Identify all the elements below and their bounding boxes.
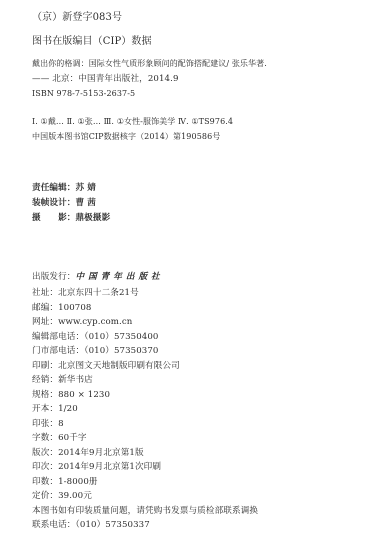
info-label: 开本： xyxy=(32,404,58,414)
info-sheets: 印张：8 xyxy=(32,418,64,430)
info-value: 2014年9月北京第1次印刷 xyxy=(58,462,161,472)
info-postcode: 邮编：100708 xyxy=(32,302,92,314)
info-value: 8 xyxy=(58,419,64,429)
quality-notice: 本图书如有印装质量问题，请凭购书发票与质检部联系调换 xyxy=(32,505,258,517)
info-value: 新华书店 xyxy=(58,375,93,385)
info-price: 定价：39.00元 xyxy=(32,490,92,502)
info-editorial-phone: 编辑部电话：（010）57350400 xyxy=(32,331,159,343)
info-value: www.cyp.com.cn xyxy=(58,317,132,327)
credit-label: 责任编辑： xyxy=(32,183,75,193)
info-store-phone: 门市部电话：（010）57350370 xyxy=(32,345,159,357)
info-publisher: 出版发行：中国青年出版社 xyxy=(32,271,164,283)
info-value: 北京图文天地制版印刷有限公司 xyxy=(58,361,180,371)
info-value: （010）57350370 xyxy=(84,346,158,356)
info-label: 印数： xyxy=(32,477,58,487)
isbn: ISBN 978-7-5153-2637-5 xyxy=(32,88,135,100)
info-value: 880 × 1230 xyxy=(58,390,110,400)
info-label: 定价： xyxy=(32,491,58,501)
info-label: 印刷： xyxy=(32,361,58,371)
info-label: 编辑部电话： xyxy=(32,332,84,342)
info-value: 北京东四十二条21号 xyxy=(58,288,139,298)
contact-label: 联系电话： xyxy=(32,520,75,530)
info-value: 60千字 xyxy=(58,433,87,443)
cip-publisher-line: —— 北京：中国青年出版社，2014.9 xyxy=(32,73,179,85)
info-label: 出版发行： xyxy=(32,272,75,282)
info-value: 1/20 xyxy=(58,404,78,414)
info-distributor: 经销：新华书店 xyxy=(32,374,93,386)
info-label: 门市部电话： xyxy=(32,346,84,356)
credit-value: 曹 茜 xyxy=(75,198,95,208)
cip-heading: 图书在版编目（CIP）数据 xyxy=(32,36,152,48)
credit-photography: 摄 影：鼎极摄影 xyxy=(32,212,110,224)
credit-label: 摄 影： xyxy=(32,213,75,223)
info-edition: 版次：2014年9月北京第1版 xyxy=(32,447,144,459)
cip-title-line: 戴出你的格调：国际女性气质形象顾问的配饰搭配建议/ 张乐华著. xyxy=(32,58,267,70)
info-word-count: 字数：60千字 xyxy=(32,432,87,444)
info-address: 社址：北京东四十二条21号 xyxy=(32,287,139,299)
registration-number: （京）新登字083号 xyxy=(32,12,122,24)
info-printer: 印刷：北京图文天地制版印刷有限公司 xyxy=(32,360,180,372)
info-value: 39.00元 xyxy=(58,491,92,501)
info-printing: 印次：2014年9月北京第1次印刷 xyxy=(32,461,161,473)
info-label: 邮编： xyxy=(32,303,58,313)
info-label: 版次： xyxy=(32,448,58,458)
info-label: 印次： xyxy=(32,462,58,472)
info-website: 网址：www.cyp.com.cn xyxy=(32,316,132,328)
credit-value: 鼎极摄影 xyxy=(75,213,110,223)
info-label: 经销： xyxy=(32,375,58,385)
credit-value: 苏 婧 xyxy=(75,183,95,193)
cip-library-record: 中国版本图书馆CIP数据核字（2014）第190586号 xyxy=(32,131,220,143)
credit-designer: 装帧设计：曹 茜 xyxy=(32,197,96,209)
cip-classification: Ⅰ. ①戴… Ⅱ. ①张… Ⅲ. ①女性-服饰美学 Ⅳ. ①TS976.4 xyxy=(32,116,233,128)
info-label: 字数： xyxy=(32,433,58,443)
info-value: 2014年9月北京第1版 xyxy=(58,448,144,458)
info-value: （010）57350400 xyxy=(84,332,158,342)
info-print-run: 印数：1-8000册 xyxy=(32,476,98,488)
credit-editor: 责任编辑：苏 婧 xyxy=(32,182,96,194)
contact-phone: 联系电话：（010）57350337 xyxy=(32,519,150,531)
info-value: 100708 xyxy=(58,303,91,313)
info-value: 1-8000册 xyxy=(58,477,98,487)
info-label: 印张： xyxy=(32,419,58,429)
info-label: 网址： xyxy=(32,317,58,327)
info-label: 社址： xyxy=(32,288,58,298)
publisher-calligraphy: 中国青年出版社 xyxy=(75,272,163,282)
info-format: 规格：880 × 1230 xyxy=(32,389,110,401)
credit-label: 装帧设计： xyxy=(32,198,75,208)
info-folio: 开本：1/20 xyxy=(32,403,78,415)
contact-value: （010）57350337 xyxy=(75,520,149,530)
info-label: 规格： xyxy=(32,390,58,400)
